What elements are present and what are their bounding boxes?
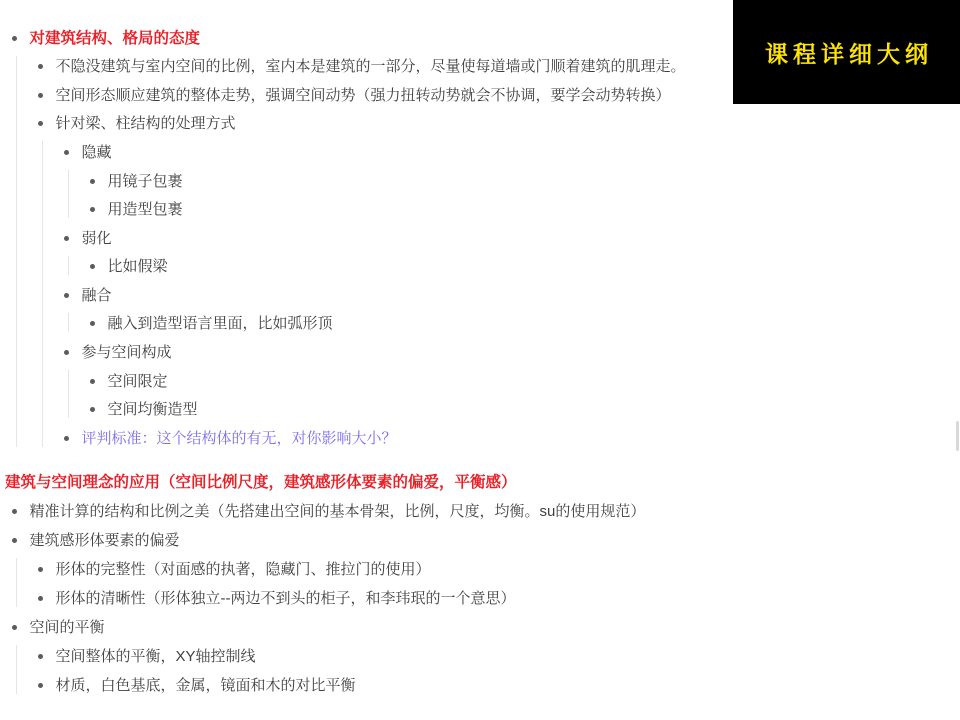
- bullet-icon[interactable]: [38, 596, 43, 601]
- outline-item[interactable]: 融合: [0, 281, 960, 310]
- outline-item[interactable]: 空间限定: [0, 367, 960, 396]
- bullet-icon[interactable]: [90, 207, 95, 212]
- scrollbar-thumb[interactable]: [956, 421, 959, 451]
- outline-item-text[interactable]: 不隐没建筑与室内空间的比例，室内本是建筑的一部分，尽量使每道墙或门顺着建筑的肌理…: [56, 59, 686, 74]
- outline-item[interactable]: 针对梁、柱结构的处理方式: [0, 110, 960, 139]
- outline-item-text[interactable]: 弱化: [82, 231, 112, 246]
- bullet-icon[interactable]: [12, 36, 17, 41]
- bullet-icon[interactable]: [90, 407, 95, 412]
- outline-item-text[interactable]: 评判标准：这个结构体的有无，对你影响大小？: [82, 431, 397, 446]
- bullet-icon[interactable]: [38, 121, 43, 126]
- outline-item-text[interactable]: 空间限定: [108, 374, 168, 389]
- outline-item-text[interactable]: 精准计算的结构和比例之美（先搭建出空间的基本骨架，比例，尺度，均衡。su的使用规…: [30, 504, 646, 519]
- indent-guide-line: [68, 370, 69, 418]
- bullet-icon[interactable]: [38, 93, 43, 98]
- outline-item-text[interactable]: 建筑感形体要素的偏爱: [30, 533, 180, 548]
- outline-item[interactable]: 空间形态顺应建筑的整体走势，强调空间动势（强力扭转动势就会不协调，要学会动势转换…: [0, 81, 960, 110]
- indent-guide-line: [68, 313, 69, 333]
- bullet-icon[interactable]: [38, 567, 43, 572]
- indent-guide-line: [42, 141, 43, 446]
- outline-item-text[interactable]: 用造型包裹: [108, 202, 183, 217]
- bullet-icon[interactable]: [90, 179, 95, 184]
- outline-item[interactable]: 比如假梁: [0, 253, 960, 282]
- section-structure-attitude: 对建筑结构、格局的态度不隐没建筑与室内空间的比例，室内本是建筑的一部分，尽量使每…: [0, 24, 960, 452]
- outline-item[interactable]: 形体的清晰性（形体独立--两边不到头的柜子，和李玮珉的一个意思）: [0, 584, 960, 613]
- outline-item[interactable]: 建筑感形体要素的偏爱: [0, 526, 960, 555]
- outline-item-text[interactable]: 空间形态顺应建筑的整体走势，强调空间动势（强力扭转动势就会不协调，要学会动势转换…: [56, 88, 671, 103]
- bullet-icon[interactable]: [90, 264, 95, 269]
- outline-item[interactable]: 弱化: [0, 224, 960, 253]
- bullet-icon[interactable]: [90, 379, 95, 384]
- bullet-icon[interactable]: [38, 683, 43, 688]
- outline-item[interactable]: 融入到造型语言里面，比如弧形顶: [0, 310, 960, 339]
- outline-item-text[interactable]: 融入到造型语言里面，比如弧形顶: [108, 316, 333, 331]
- outline-item[interactable]: 不隐没建筑与室内空间的比例，室内本是建筑的一部分，尽量使每道墙或门顺着建筑的肌理…: [0, 53, 960, 82]
- outline-item-text[interactable]: 融合: [82, 288, 112, 303]
- outline-item-text[interactable]: 形体的清晰性（形体独立--两边不到头的柜子，和李玮珉的一个意思）: [56, 591, 516, 606]
- outline-item-text[interactable]: 用镜子包裹: [108, 174, 183, 189]
- bullet-icon[interactable]: [12, 538, 17, 543]
- indent-guide-line: [16, 645, 17, 694]
- outline-item[interactable]: 精准计算的结构和比例之美（先搭建出空间的基本骨架，比例，尺度，均衡。su的使用规…: [0, 497, 960, 526]
- outline-item[interactable]: 形体的完整性（对面感的执著，隐藏门、推拉门的使用）: [0, 555, 960, 584]
- outline-item-text[interactable]: 空间的平衡: [30, 620, 105, 635]
- bullet-icon[interactable]: [64, 436, 69, 441]
- bullet-icon[interactable]: [12, 625, 17, 630]
- indent-guide-line: [68, 170, 69, 218]
- outline-item[interactable]: 材质，白色基底，金属，镜面和木的对比平衡: [0, 671, 960, 700]
- outline-item[interactable]: 参与空间构成: [0, 338, 960, 367]
- outline-item[interactable]: 空间均衡造型: [0, 395, 960, 424]
- indent-guide-line: [16, 56, 17, 447]
- outline-item[interactable]: 用镜子包裹: [0, 167, 960, 196]
- outline-heading[interactable]: 建筑与空间理念的应用（空间比例尺度，建筑感形体要素的偏爱，平衡感）: [0, 468, 960, 497]
- outline-item-text[interactable]: 空间均衡造型: [108, 402, 198, 417]
- bullet-icon[interactable]: [64, 236, 69, 241]
- outline-item[interactable]: 空间的平衡: [0, 613, 960, 642]
- outline-item-text[interactable]: 建筑与空间理念的应用（空间比例尺度，建筑感形体要素的偏爱，平衡感）: [5, 475, 517, 491]
- outline-item[interactable]: 隐藏: [0, 138, 960, 167]
- outline-item[interactable]: 用造型包裹: [0, 195, 960, 224]
- bullet-icon[interactable]: [64, 293, 69, 298]
- outline-item[interactable]: 对建筑结构、格局的态度: [0, 24, 960, 53]
- outline-item-text[interactable]: 形体的完整性（对面感的执著，隐藏门、推拉门的使用）: [56, 562, 431, 577]
- indent-guide-line: [16, 558, 17, 607]
- bullet-icon[interactable]: [90, 321, 95, 326]
- indent-guide-line: [68, 256, 69, 276]
- section-concept-application: 建筑与空间理念的应用（空间比例尺度，建筑感形体要素的偏爱，平衡感）精准计算的结构…: [0, 468, 960, 700]
- outline-item-text[interactable]: 隐藏: [82, 145, 112, 160]
- bullet-icon[interactable]: [64, 350, 69, 355]
- outline-item-text[interactable]: 空间整体的平衡，XY轴控制线: [56, 649, 256, 664]
- outline-item-text[interactable]: 针对梁、柱结构的处理方式: [56, 116, 236, 131]
- outline-item-text[interactable]: 对建筑结构、格局的态度: [30, 31, 201, 47]
- bullet-icon[interactable]: [64, 150, 69, 155]
- outline-item-text[interactable]: 比如假梁: [108, 259, 168, 274]
- outline-item-text[interactable]: 参与空间构成: [82, 345, 172, 360]
- bullet-icon[interactable]: [12, 509, 17, 514]
- outline-item[interactable]: 空间整体的平衡，XY轴控制线: [0, 642, 960, 671]
- outline-item[interactable]: 评判标准：这个结构体的有无，对你影响大小？: [0, 424, 960, 453]
- bullet-icon[interactable]: [38, 64, 43, 69]
- outline-item-text[interactable]: 材质，白色基底，金属，镜面和木的对比平衡: [56, 678, 356, 693]
- bullet-icon[interactable]: [38, 654, 43, 659]
